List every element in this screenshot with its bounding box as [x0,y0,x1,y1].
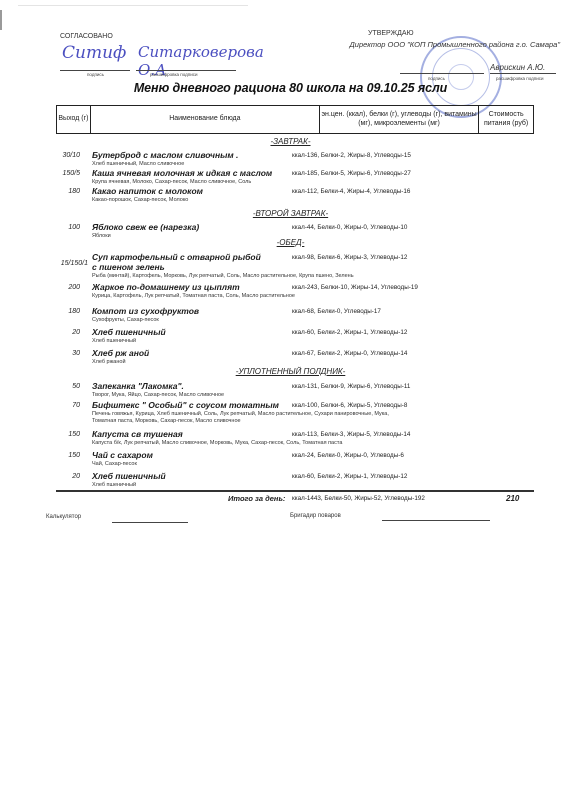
signature-handwritten: Ситиф [62,43,126,63]
header-nutrition: эн.цен. (ккал), белки (г), углеводы (г),… [320,106,479,133]
scan-artifact [18,5,248,6]
calculator-label: Калькулятор [46,514,81,520]
total-nutrition: ккал-1443, Белки-50, Жиры-52, Углеводы-1… [292,495,425,502]
item-yield: 180 [42,188,80,195]
item-ingredients: Рыба (минтай), Картофель, Морковь, Лук р… [92,273,354,280]
page-title: Меню дневного рациона 80 школа на 09.10.… [0,81,581,95]
item-nutrition: ккал-98, Белки-6, Жиры-3, Углеводы-12 [292,254,407,261]
signature-line [60,70,130,71]
item-ingredients: Хлеб ржаной [92,359,126,366]
table-header: Выход (г) Наименование блюда эн.цен. (кк… [56,105,534,134]
item-nutrition: ккал-185, Белки-5, Жиры-6, Углеводы-27 [292,170,411,177]
item-yield: 30 [42,350,80,357]
item-yield: 20 [42,329,80,336]
item-name: Хлеб пшеничный [92,471,166,481]
header-cost: Стоимость питания (руб) [479,106,533,133]
approved-label: СОГЛАСОВАНО [60,33,113,40]
item-ingredients: Какао-порошок, Сахар-песок, Молоко [92,197,188,204]
decode-line [490,73,556,74]
item-yield: 180 [42,308,80,315]
director-name: Аврискин А.Ю. [490,63,545,72]
item-nutrition: ккал-113, Белки-3, Жиры-5, Углеводы-14 [292,431,410,438]
chef-label: Бригадир поваров [290,513,341,519]
decode-caption: расшифровка подписи [150,72,197,77]
item-name: Бифштекс " Особый" с соусом томатным [92,400,279,410]
item-ingredients: Хлеб пшеничный [92,482,136,489]
decode-line [136,70,236,71]
total-label: Итого за день: [228,494,285,503]
item-nutrition: ккал-24, Белки-0, Жиры-0, Углеводы-6 [292,452,404,459]
section-title: -ОБЕД- [0,238,581,247]
total-cost: 210 [506,494,519,503]
item-ingredients: Капуста б/к, Лук репчатый, Масло сливочн… [92,440,342,447]
section-title: -УПЛОТНЕННЫЙ ПОЛДНИК- [0,367,581,376]
item-ingredients: Творог, Мука, Яйцо, Сахар-песок, Масло с… [92,392,224,399]
item-yield: 150 [42,452,80,459]
item-yield: 150 [42,431,80,438]
item-yield: 100 [42,224,80,231]
item-yield: 15/150/1 [50,260,88,267]
approval-left-block: СОГЛАСОВАНО Ситиф подпись Ситарковерова … [60,33,290,78]
item-yield: 20 [42,473,80,480]
item-yield: 50 [42,383,80,390]
scan-edge [0,10,2,30]
item-nutrition: ккал-44, Белки-0, Жиры-0, Углеводы-10 [292,224,407,231]
item-nutrition: ккал-68, Белки-0, Углеводы-17 [292,308,381,315]
item-ingredients: Крупа ячневая, Молоко, Сахар-песок, Масл… [92,179,251,186]
approval-right-block: УТВЕРЖДАЮ Директор ООО "КОП Промышленног… [300,30,560,80]
item-nutrition: ккал-243, Белки-10, Жиры-14, Углеводы-19 [292,284,418,291]
director-title: Директор ООО "КОП Промышленного района г… [300,40,560,49]
item-name: Жаркое по-домашнему из цыплят [92,282,240,292]
item-name: Хлеб рж аной [92,348,149,358]
item-nutrition: ккал-131, Белки-9, Жиры-6, Углеводы-11 [292,383,410,390]
section-title: -ВТОРОЙ ЗАВТРАК- [0,209,581,218]
item-nutrition: ккал-136, Белки-2, Жиры-8, Углеводы-15 [292,152,411,159]
calculator-signature-line [112,522,188,523]
header-yield: Выход (г) [57,106,91,133]
signature-caption: подпись [87,72,104,77]
item-name: Компот из сухофруктов [92,306,199,316]
signature-line [400,73,484,74]
item-ingredients: Чай, Сахар-песок [92,461,137,468]
item-nutrition: ккал-60, Белки-2, Жиры-1, Углеводы-12 [292,473,407,480]
item-yield: 70 [42,402,80,409]
item-name: Каша ячневая молочная ж идкая с маслом [92,168,272,178]
table-bottom-border [56,490,534,492]
header-dish: Наименование блюда [91,106,320,133]
item-ingredients-cont: Томатная паста, Морковь, Сахар-песок, Ма… [92,418,241,425]
item-nutrition: ккал-100, Белки-6, Жиры-5, Углеводы-8 [292,402,407,409]
item-name: Бутерброд с маслом сливочным . [92,150,238,160]
chef-signature-line [382,520,490,521]
item-yield: 150/5 [42,170,80,177]
item-name: Запеканка "Лакомка". [92,381,184,391]
item-name: Капуста св тушеная [92,429,183,439]
item-name: Хлеб пшеничный [92,327,166,337]
approve-label: УТВЕРЖДАЮ [368,30,414,37]
item-ingredients: Сухофрукты, Сахар-песок [92,317,159,324]
item-ingredients: Хлеб пшеничный, Масло сливочное [92,161,184,168]
item-name: Какао напиток с молоком [92,186,203,196]
item-ingredients: Печень говяжья, Курица, Хлеб пшеничный, … [92,411,389,418]
item-ingredients: Курица, Картофель, Лук репчатый, Томатна… [92,293,295,300]
item-name: Суп картофельный с отварной рыбой с пшен… [92,252,262,272]
item-ingredients: Хлеб пшеничный [92,338,136,345]
item-yield: 200 [42,284,80,291]
section-title: -ЗАВТРАК- [0,137,581,146]
item-name: Яблоко свеж ее (нарезка) [92,222,199,232]
item-nutrition: ккал-112, Белки-4, Жиры-4, Углеводы-16 [292,188,410,195]
item-nutrition: ккал-60, Белки-2, Жиры-1, Углеводы-12 [292,329,407,336]
item-nutrition: ккал-67, Белки-2, Жиры-0, Углеводы-14 [292,350,407,357]
item-name: Чай с сахаром [92,450,153,460]
item-yield: 30/10 [42,152,80,159]
